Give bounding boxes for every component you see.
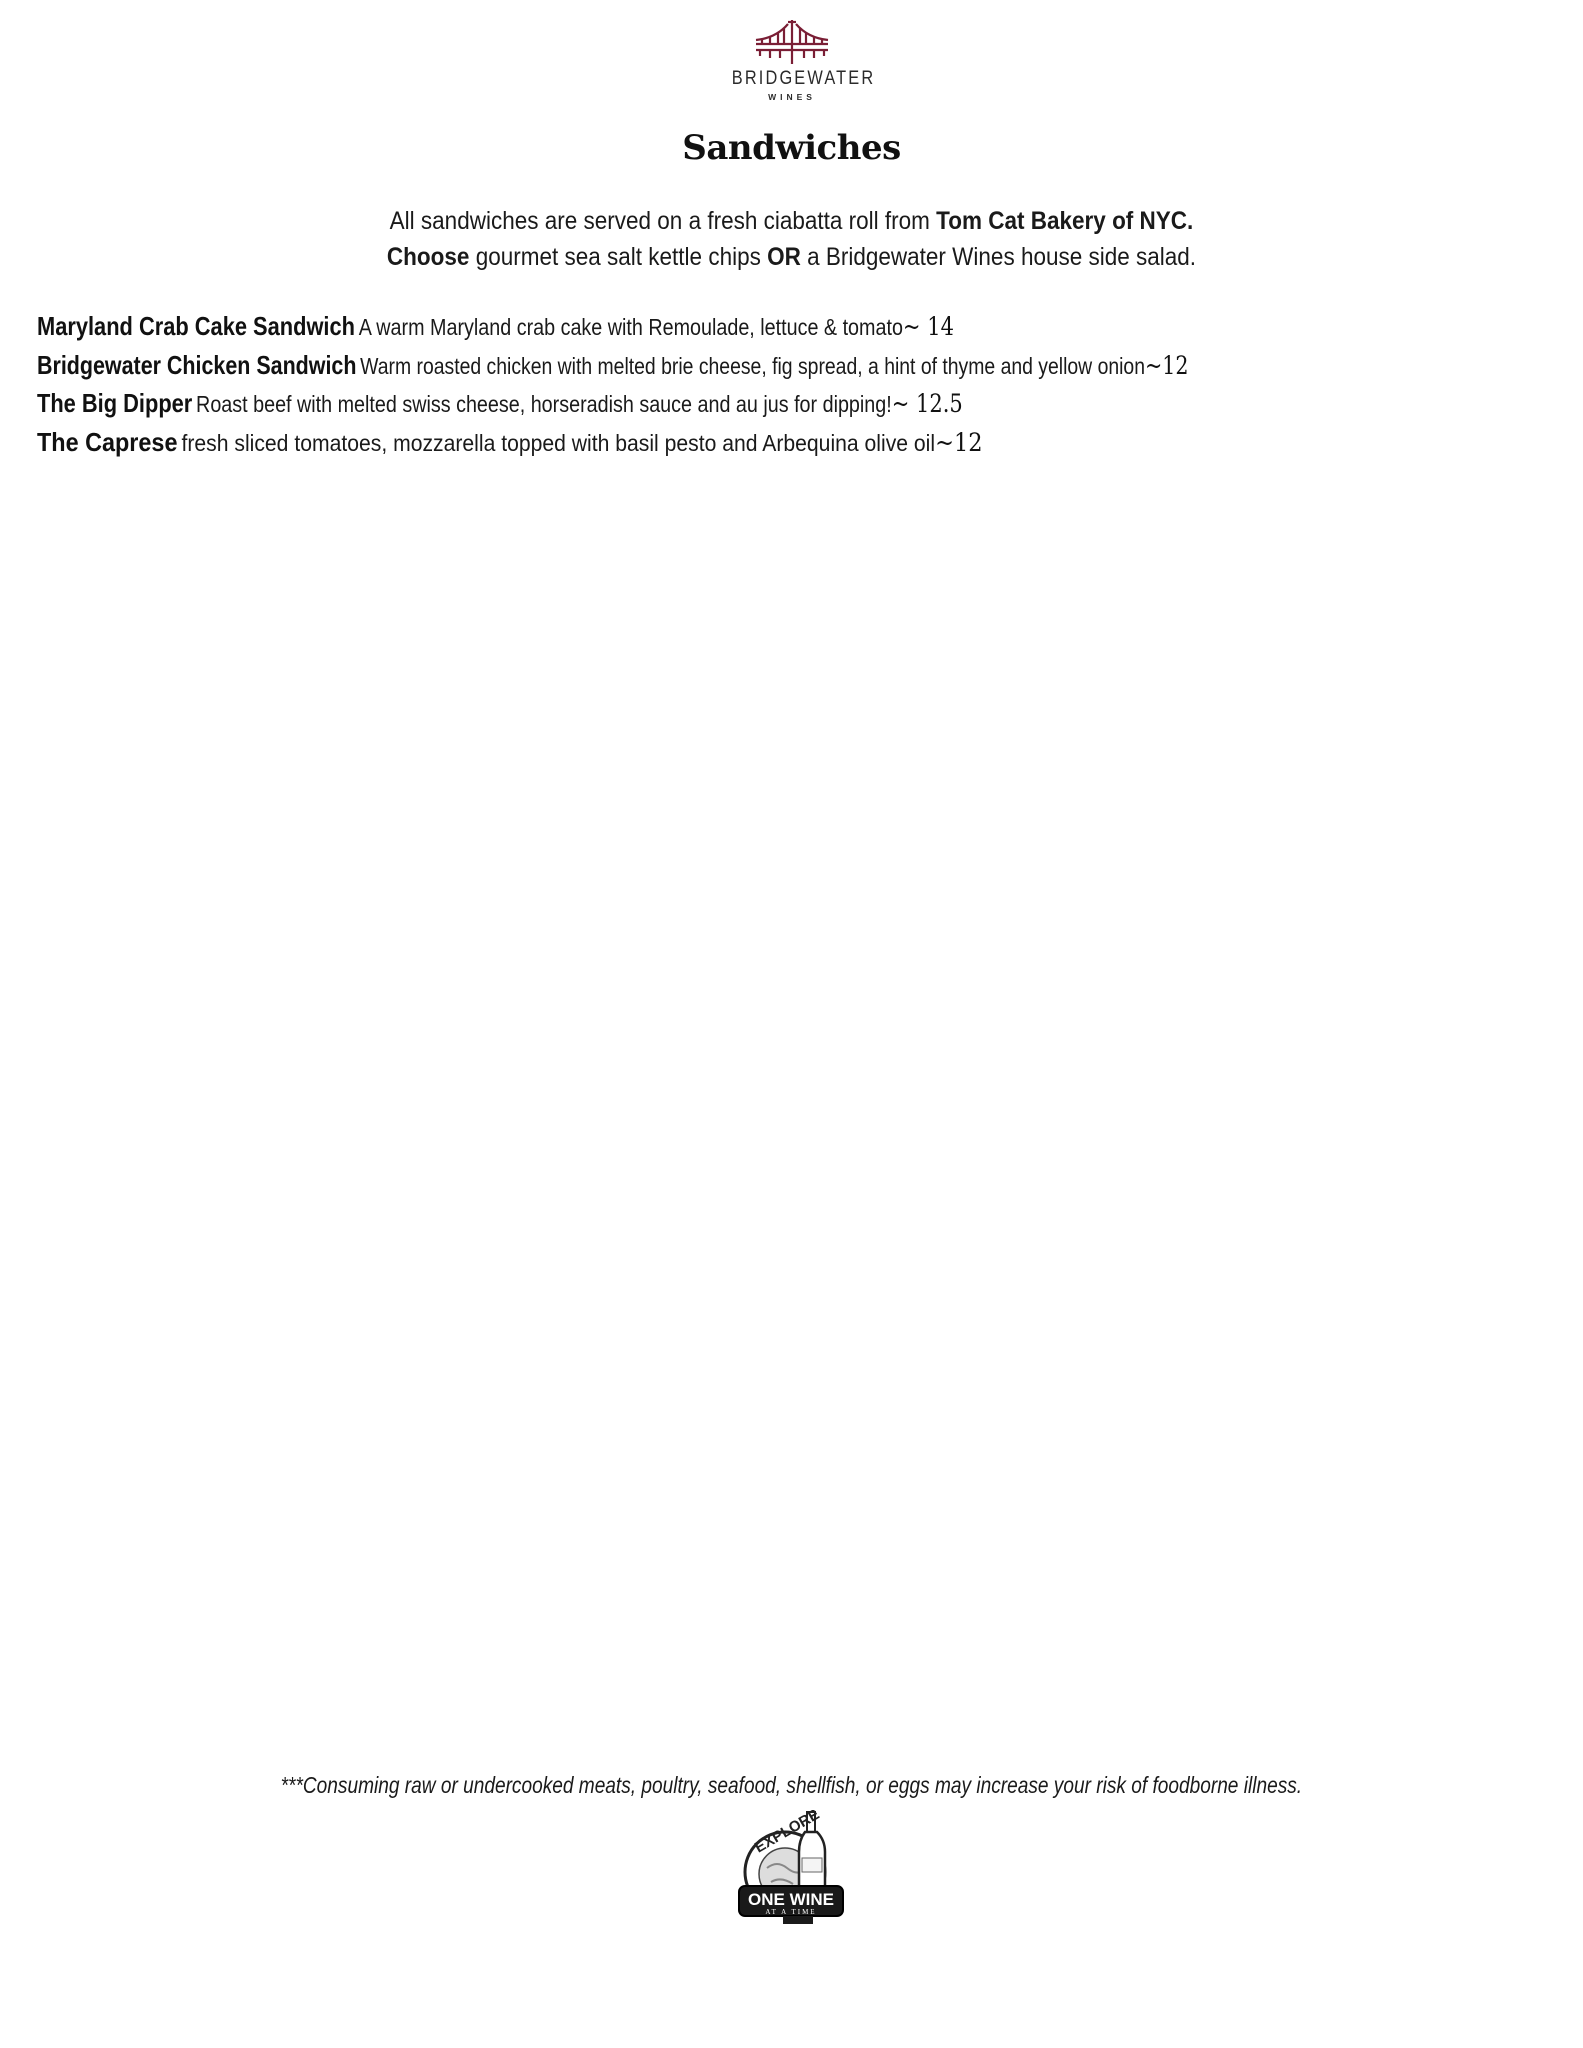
food-safety-disclaimer: ***Consuming raw or undercooked meats, p… [0, 1772, 1583, 1799]
bridgewater-wines-logo: BRIDGEWATER WINES [722, 18, 862, 113]
menu-item: Maryland Crab Cake Sandwich A warm Maryl… [37, 307, 1297, 346]
sandwich-menu: Maryland Crab Cake Sandwich A warm Maryl… [37, 307, 1537, 461]
menu-item-name: The Big Dipper [37, 388, 192, 418]
menu-item-price: ~12 [935, 428, 982, 457]
logo-subtitle: WINES [722, 92, 862, 102]
svg-text:ONE WINE: ONE WINE [748, 1890, 834, 1909]
menu-item-name: The Caprese [37, 427, 177, 457]
menu-item-price: ~ 12.5 [892, 389, 963, 418]
menu-item-description: Roast beef with melted swiss cheese, hor… [196, 391, 892, 417]
logo-name: BRIDGEWATER [732, 68, 852, 90]
menu-item-description: Warm roasted chicken with melted brie ch… [360, 353, 1145, 379]
intro-text: All sandwiches are served on a fresh cia… [0, 203, 1583, 275]
bakery-name: Tom Cat Bakery of NYC. [936, 207, 1193, 235]
intro-line-1: All sandwiches are served on a fresh cia… [79, 203, 1504, 239]
explore-one-wine-badge: EXPLORE ONE WINE AT A TIME [737, 1810, 847, 1930]
menu-item-price: ~ 14 [903, 312, 954, 341]
intro-line-2: Choose gourmet sea salt kettle chips OR … [79, 239, 1504, 275]
menu-item-description: A warm Maryland crab cake with Remoulade… [359, 314, 903, 340]
salad-option: a Bridgewater Wines house side salad. [801, 243, 1196, 271]
disclaimer-text: ***Consuming raw or undercooked meats, p… [281, 1772, 1302, 1799]
menu-item: Bridgewater Chicken Sandwich Warm roaste… [37, 346, 1275, 385]
menu-item-name: Bridgewater Chicken Sandwich [37, 350, 356, 380]
menu-item: The Caprese fresh sliced tomatoes, mozza… [37, 423, 1387, 462]
menu-item-price: ~12 [1145, 351, 1189, 380]
page-title: Sandwiches [0, 128, 1583, 168]
bridge-icon [752, 18, 832, 66]
menu-item-name: Maryland Crab Cake Sandwich [37, 311, 355, 341]
choose-label: Choose [387, 243, 470, 271]
or-label: OR [767, 243, 801, 271]
intro-line-1-text: All sandwiches are served on a fresh cia… [390, 207, 937, 235]
menu-item-description: fresh sliced tomatoes, mozzarella topped… [181, 430, 935, 456]
explore-one-wine-badge-icon: EXPLORE ONE WINE AT A TIME [737, 1810, 847, 1930]
menu-item: The Big Dipper Roast beef with melted sw… [37, 384, 1297, 423]
chips-option: gourmet sea salt kettle chips [469, 243, 767, 271]
svg-text:AT A TIME: AT A TIME [765, 1908, 816, 1916]
